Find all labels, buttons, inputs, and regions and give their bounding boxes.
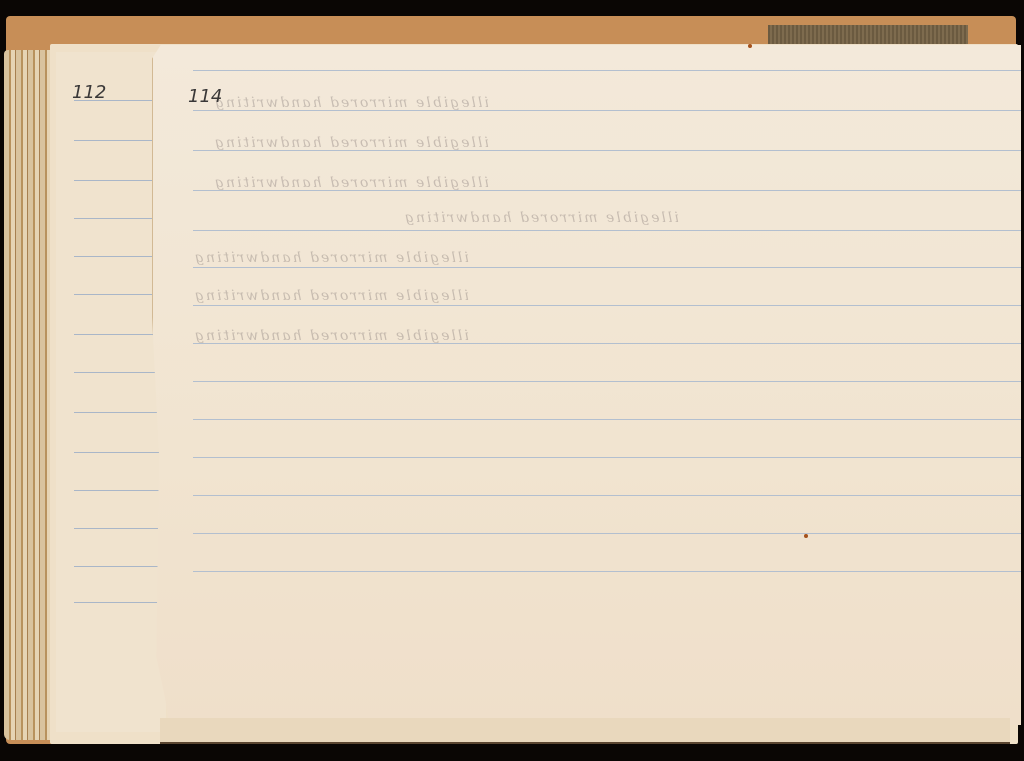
rule-line [193,533,1021,534]
foxing-spot [804,534,808,538]
front-page-number: 114 [188,86,222,107]
cloth-spine-tape [768,25,968,45]
rule-line [74,372,166,373]
left-page-number: 112 [72,82,106,103]
rule-line [193,267,1021,268]
rule-line [193,495,1021,496]
bleed-through-text: illegible mirrored handwriting [213,175,489,191]
bleed-through-text: illegible mirrored handwriting [193,288,469,304]
rule-line [193,381,1021,382]
rule-line [193,305,1021,306]
rule-line [74,334,166,335]
rule-line [74,566,166,567]
rule-line [74,602,166,603]
rule-line [193,230,1021,231]
bleed-through-text: illegible mirrored handwriting [213,95,489,111]
rule-line [193,571,1021,572]
bleed-through-text: illegible mirrored handwriting [403,210,679,226]
rule-line [193,457,1021,458]
foxing-spot [748,44,752,48]
page-stack-bottom [160,718,1010,744]
rule-line [74,490,166,491]
rule-line [74,452,166,453]
bleed-through-text: illegible mirrored handwriting [193,328,469,344]
rule-line [193,419,1021,420]
rule-line [74,412,166,413]
rule-line [193,70,1021,71]
rule-line [74,528,166,529]
left-page [56,52,166,732]
torn-front-page: illegible mirrored handwriting illegible… [152,45,1021,725]
bleed-through-text: illegible mirrored handwriting [193,250,469,266]
bleed-through-text: illegible mirrored handwriting [213,135,489,151]
